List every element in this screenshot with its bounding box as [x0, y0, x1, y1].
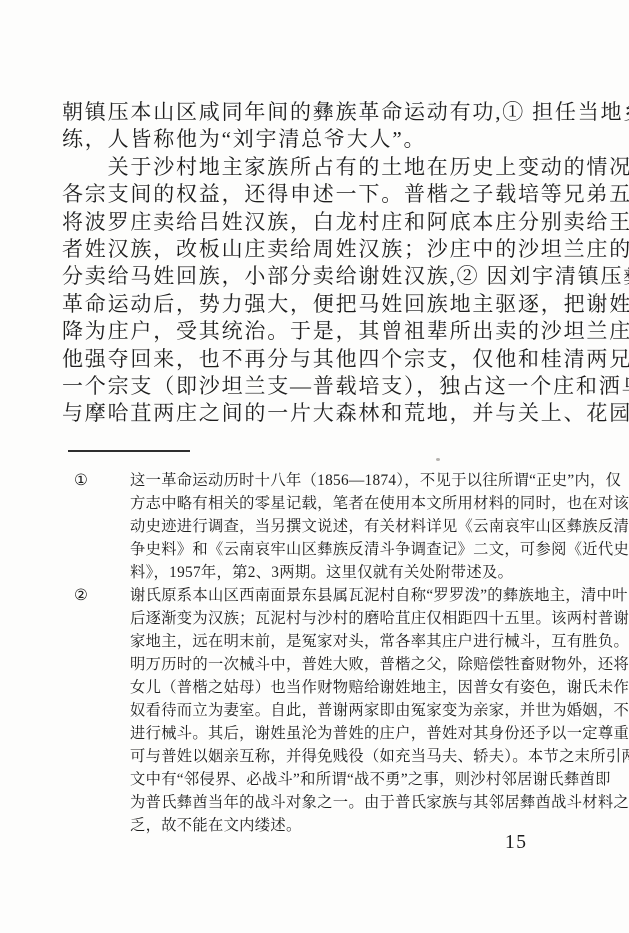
footnote-1-body: 这一革命运动历时十八年（1856—1874），不见于以往所谓“正史”内，仅 方志… — [130, 469, 578, 584]
footnote-1: ① 这一革命运动历时十八年（1856—1874），不见于以往所谓“正史”内，仅 … — [62, 469, 578, 584]
footnote-1-marker: ① — [62, 469, 130, 492]
body-text-line: 各宗支间的权益，还得申述一下。普楷之子载培等兄弟五人， — [62, 181, 574, 208]
footnote-section: ① 这一革命运动历时十八年（1856—1874），不见于以往所谓“正史”内，仅 … — [62, 469, 578, 837]
footnote-text-line: 方志中略有相关的零星记载，笔者在使用本文所用材料的同时，也在对该运 — [130, 492, 578, 515]
footnote-text-line: 进行械斗。其后，谢姓虽沦为普姓的庄户，普姓对其身份还予以一定尊重， — [130, 722, 578, 745]
footnote-text-line: 可与普姓以姻亲互称，并得免贱役（如充当马夫、轿夫）。本节之末所引两 — [130, 745, 578, 768]
footnote-text-line: 料》，1957年，第2、3两期。这里仅就有关处附带述及。 — [130, 561, 578, 584]
footnote-2: ② 谢氏原系本山区西南面景东县属瓦泥村自称“罗罗泼”的彝族地主，清中叶 后逐渐变… — [62, 584, 578, 837]
footnote-text-line: 谢氏原系本山区西南面景东县属瓦泥村自称“罗罗泼”的彝族地主，清中叶 — [130, 584, 578, 607]
footnote-text-line: 这一革命运动历时十八年（1856—1874），不见于以往所谓“正史”内，仅 — [130, 469, 578, 492]
footnote-text-line: 争史料》和《云南哀牢山区彝族反清斗争调查记》二文，可参阅《近代史资 — [130, 538, 578, 561]
body-text-line: 分卖给马姓回族，小部分卖给谢姓汉族,② 因刘宇清镇压彝族 — [62, 263, 574, 290]
footnote-text-line: 为普氏彝酋当年的战斗对象之一。由于普氏家族与其邻居彝酋战斗材料之缺 — [130, 791, 578, 814]
footnote-text-line: 文中有“邻侵界、必战斗”和所谓“战不勇”之事，则沙村邻居谢氏彝酋即 — [130, 768, 578, 791]
book-page: 朝镇压本山区咸同年间的彝族革命运动有功,① 担任当地乡团 练，人皆称他为“刘宇清… — [0, 0, 629, 933]
body-text-line: 朝镇压本山区咸同年间的彝族革命运动有功,① 担任当地乡团 — [62, 99, 574, 126]
body-text-line: 练，人皆称他为“刘宇清总爷大人”。 — [62, 126, 574, 153]
body-text-line: 一个宗支（即沙坦兰支—普载培支），独占这一个庄和洒乌鲁 — [62, 373, 574, 400]
body-text-line: 关于沙村地主家族所占有的土地在历史上变动的情况及其 — [62, 154, 574, 181]
footnote-text-line: 动史迹进行调查，当另撰文说述，有关材料详见《云南哀牢山区彝族反清斗 — [130, 515, 578, 538]
body-text: 朝镇压本山区咸同年间的彝族革命运动有功,① 担任当地乡团 练，人皆称他为“刘宇清… — [62, 99, 574, 428]
body-text-line: 革命运动后，势力强大，便把马姓回族地主驱逐，把谢姓地主 — [62, 291, 574, 318]
footnote-divider — [68, 450, 190, 452]
footnote-text-line: 明万历时的一次械斗中，普姓大败，普楷之父，除赔偿牲畜财物外，还将其 — [130, 653, 578, 676]
body-text-line: 他强夺回来，也不再分与其他四个宗支，仅他和桂清两兄弟这 — [62, 346, 574, 373]
body-text-line: 者姓汉族，改板山庄卖给周姓汉族；沙庄中的沙坦兰庄的大部 — [62, 236, 574, 263]
footnote-text-line: 家地主，远在明末前，是冤家对头，常各率其庄户进行械斗，互有胜负。在 — [130, 630, 578, 653]
footnote-text-line: 女儿（普楷之姑母）也当作财物赔给谢姓地主，因普女有姿色，谢氏未作婢 — [130, 676, 578, 699]
footnote-text-line: 奴看待而立为妻室。自此，普谢两家即由冤家变为亲家，并世为婚姻，不再 — [130, 699, 578, 722]
footnote-text-line: 后逐渐变为汉族；瓦泥村与沙村的磨哈苴庄仅相距四十五里。该两村普谢两 — [130, 607, 578, 630]
scan-artifact-dot — [436, 458, 440, 461]
page-number: 15 — [505, 832, 528, 854]
body-text-line: 降为庄户，受其统治。于是，其曾祖辈所出卖的沙坦兰庄全被 — [62, 318, 574, 345]
body-text-line: 与摩哈苴两庄之间的一片大森林和荒地，并与关上、花园、五 — [62, 400, 574, 427]
footnote-2-body: 谢氏原系本山区西南面景东县属瓦泥村自称“罗罗泼”的彝族地主，清中叶 后逐渐变为汉… — [130, 584, 578, 837]
body-text-line: 将波罗庄卖给吕姓汉族，白龙村庄和阿底本庄分别卖给王姓和 — [62, 209, 574, 236]
footnote-2-marker: ② — [62, 584, 130, 607]
